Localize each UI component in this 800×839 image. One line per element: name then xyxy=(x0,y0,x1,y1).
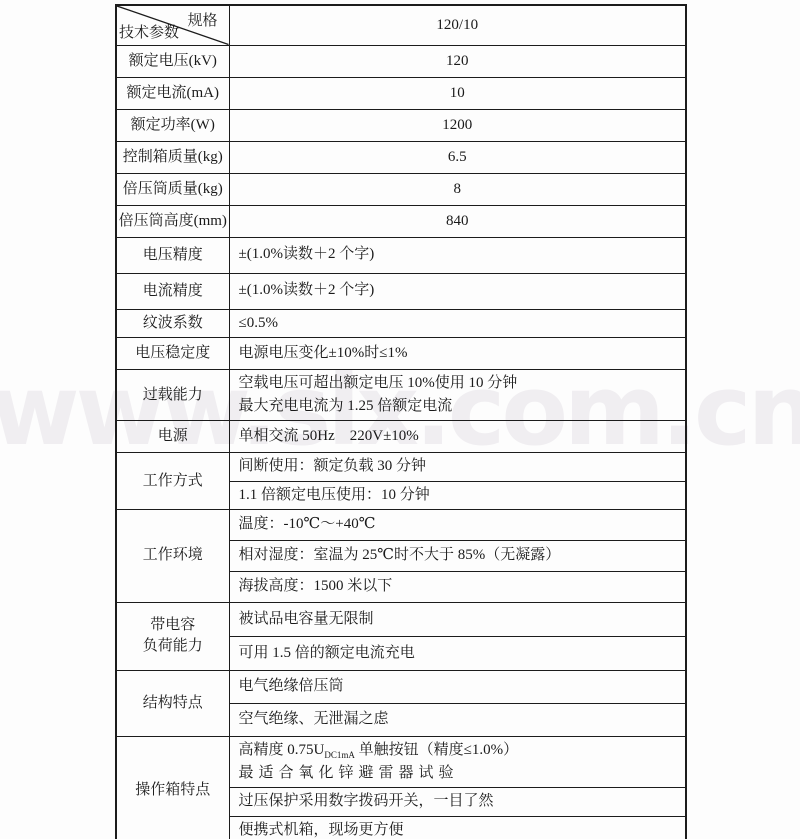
header-model-cell: 120/10 xyxy=(229,5,686,45)
row-label-power-supply: 电源 xyxy=(116,421,229,453)
row-label-structure-features: 结构特点 xyxy=(116,670,229,736)
row-value-voltage-stability: 电源电压变化±10%时≤1% xyxy=(229,337,686,369)
row-label-multiplier-weight: 倍压筒质量(kg) xyxy=(116,173,229,205)
header-spec-label: 规格 xyxy=(187,9,217,30)
row-value-current-accuracy: ±(1.0%读数＋2 个字) xyxy=(229,273,686,309)
row-value-structure-features-2: 空气绝缘、无泄漏之虑 xyxy=(229,703,686,736)
row-label-control-box-weight: 控制箱质量(kg) xyxy=(116,141,229,173)
row-value-rated-voltage: 120 xyxy=(229,45,686,77)
row-value-voltage-accuracy: ±(1.0%读数＋2 个字) xyxy=(229,237,686,273)
row-label-overload-capacity: 过载能力 xyxy=(116,369,229,421)
row-value-control-box-features-2: 过压保护采用数字拨码开关，一目了然 xyxy=(229,788,686,816)
row-label-control-box-features: 操作箱特点 xyxy=(116,736,229,839)
row-value-multiplier-height: 840 xyxy=(229,205,686,237)
row-value-overload-capacity: 空载电压可超出额定电压 10%使用 10 分钟 最大充电电流为 1.25 倍额定… xyxy=(229,369,686,421)
row-label-rated-voltage: 额定电压(kV) xyxy=(116,45,229,77)
row-label-rated-power: 额定功率(W) xyxy=(116,109,229,141)
row-value-operating-mode-2: 1.1 倍额定电压使用：10 分钟 xyxy=(229,481,686,509)
row-value-structure-features-1: 电气绝缘倍压筒 xyxy=(229,670,686,703)
feature-precision-prefix: 高精度 0.75U xyxy=(239,742,325,758)
row-label-voltage-accuracy: 电压精度 xyxy=(116,237,229,273)
feature-precision-suffix: 单触按钮（精度≤1.0%） xyxy=(355,742,518,758)
row-value-control-box-weight: 6.5 xyxy=(229,141,686,173)
row-value-control-box-features-3: 便携式机箱，现场更方便 xyxy=(229,816,686,839)
row-label-ripple-factor: 纹波系数 xyxy=(116,309,229,337)
spec-table: 规格 技术参数 120/10 额定电压(kV) 120 额定电流(mA) 10 … xyxy=(115,4,687,839)
row-value-multiplier-weight: 8 xyxy=(229,173,686,205)
row-value-capacitive-load-2: 可用 1.5 倍的额定电流充电 xyxy=(229,636,686,670)
header-params-label: 技术参数 xyxy=(119,21,179,42)
header-corner-cell: 规格 技术参数 xyxy=(116,5,229,45)
document-page: { "watermark": { "text": "www.slx.com.cn… xyxy=(0,0,800,839)
row-label-voltage-stability: 电压稳定度 xyxy=(116,337,229,369)
row-value-power-supply: 单相交流 50Hz 220V±10% xyxy=(229,421,686,453)
row-label-working-environment: 工作环境 xyxy=(116,509,229,602)
row-value-working-environment-2: 相对湿度：室温为 25℃时不大于 85%（无凝露） xyxy=(229,540,686,571)
row-value-working-environment-1: 温度：-10℃～+40℃ xyxy=(229,509,686,540)
row-value-rated-power: 1200 xyxy=(229,109,686,141)
feature-line-arrester: 最适合氧化锌避雷器试验 xyxy=(239,762,682,785)
row-value-capacitive-load-1: 被试品电容量无限制 xyxy=(229,602,686,636)
row-value-working-environment-3: 海拔高度：1500 米以下 xyxy=(229,571,686,602)
feature-line-precision: 高精度 0.75UDC1mA 单触按钮（精度≤1.0%） xyxy=(239,739,682,762)
row-label-capacitive-load: 带电容 负荷能力 xyxy=(116,602,229,670)
row-value-ripple-factor: ≤0.5% xyxy=(229,309,686,337)
row-label-multiplier-height: 倍压筒高度(mm) xyxy=(116,205,229,237)
row-value-operating-mode-1: 间断使用：额定负载 30 分钟 xyxy=(229,453,686,481)
row-label-rated-current: 额定电流(mA) xyxy=(116,77,229,109)
row-value-control-box-features-1: 高精度 0.75UDC1mA 单触按钮（精度≤1.0%） 最适合氧化锌避雷器试验 xyxy=(229,736,686,788)
row-label-operating-mode: 工作方式 xyxy=(116,453,229,510)
row-label-current-accuracy: 电流精度 xyxy=(116,273,229,309)
feature-precision-subscript: DC1mA xyxy=(324,750,355,760)
row-value-rated-current: 10 xyxy=(229,77,686,109)
